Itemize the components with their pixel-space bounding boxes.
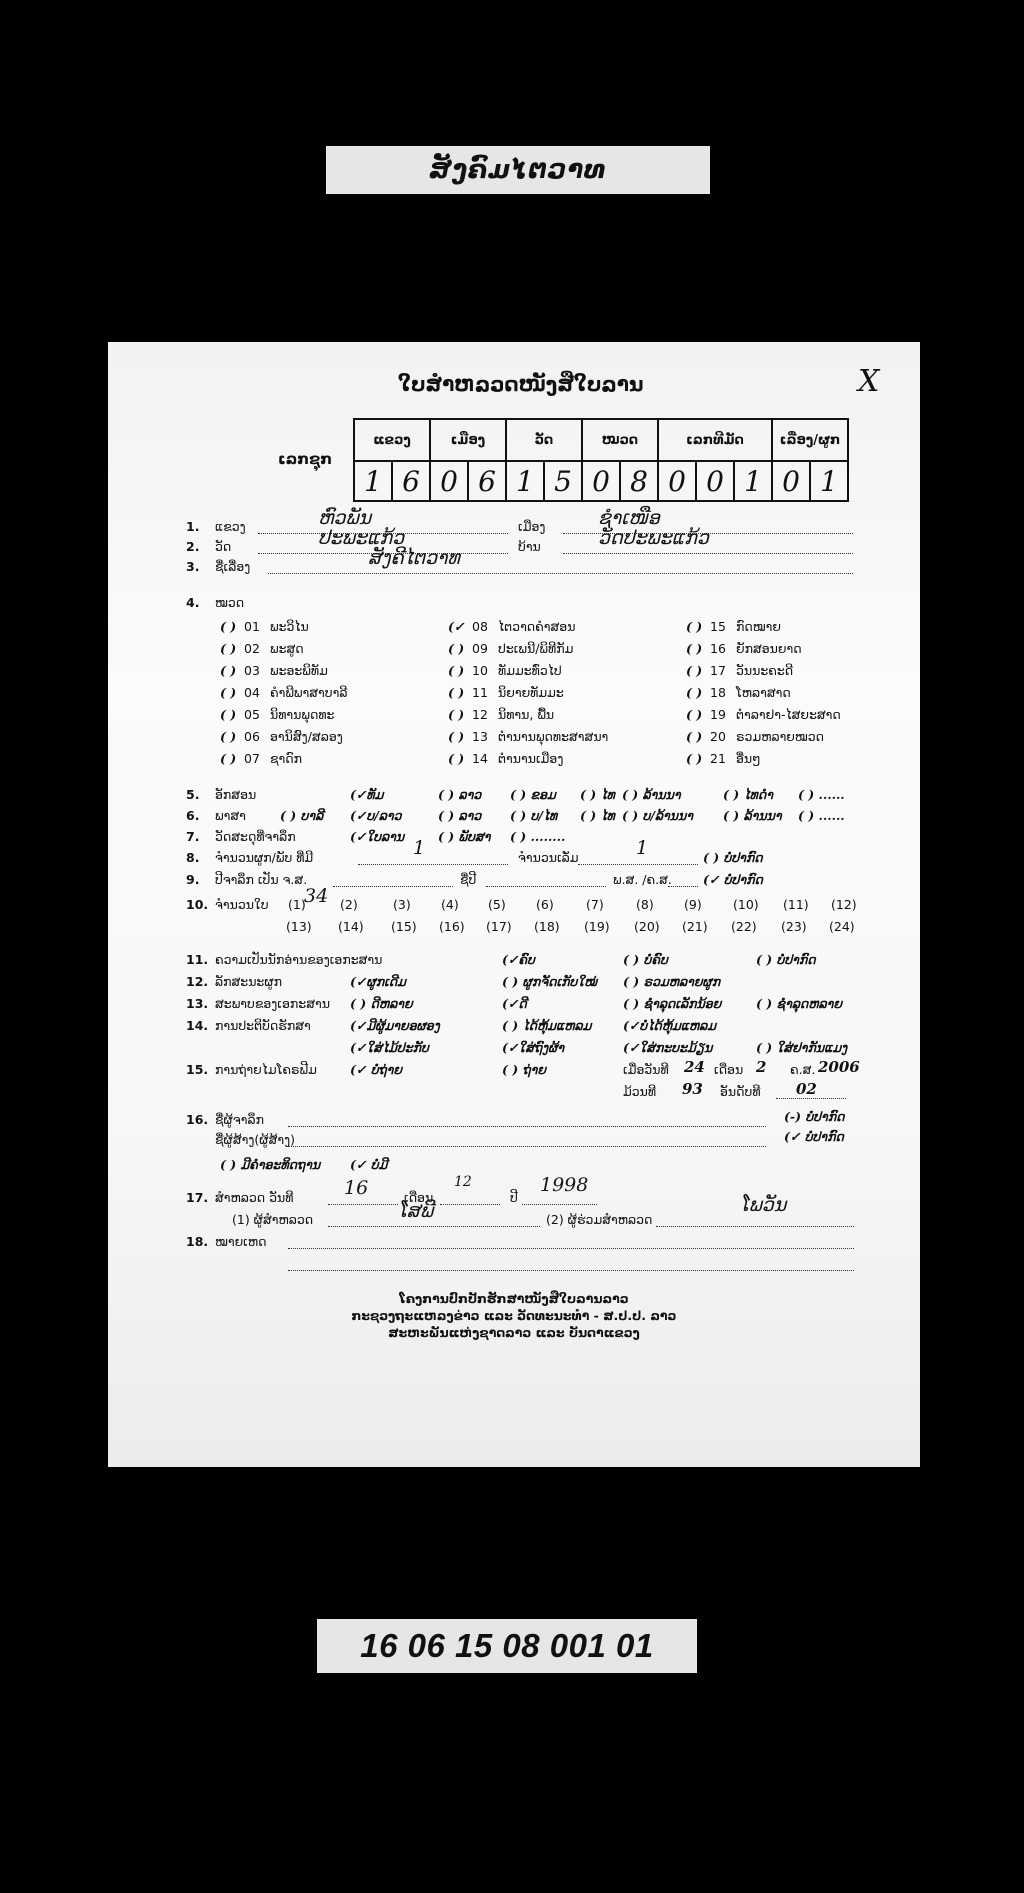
row-label: ການຖ່າຍໄມໂຄຣຟີມ bbox=[215, 1062, 317, 1077]
category-name: ປະເພນີ/ພິທີກັມ bbox=[498, 641, 573, 656]
field-label: ວັດ bbox=[215, 539, 231, 554]
option-checkbox: (✓ດີ bbox=[502, 996, 527, 1011]
option-checkbox: (✓ ບໍ່ຖ່າຍ bbox=[350, 1062, 402, 1077]
category-code: 07 bbox=[244, 751, 260, 766]
row-value: 1 bbox=[636, 837, 648, 859]
category-code: 19 bbox=[710, 707, 726, 722]
code-header-cell: ໝວດ bbox=[582, 419, 658, 461]
leaf-column: (5) bbox=[488, 897, 506, 912]
row-number: 17. bbox=[186, 1190, 208, 1205]
option-checkbox: ( ) ບໍ່ປາກົດ bbox=[756, 952, 816, 967]
code-header-cell: ແຂວງ bbox=[354, 419, 430, 461]
category-code: 08 bbox=[472, 619, 488, 634]
category-name: ອື່ນໆ bbox=[736, 751, 761, 766]
category-code: 09 bbox=[472, 641, 488, 656]
category-checkbox: ( ) bbox=[448, 685, 464, 700]
category-checkbox: ( ) bbox=[220, 663, 236, 678]
option-checkbox: ( ) ລາວ bbox=[438, 787, 481, 802]
row-label: ຄວາມເປັນນັກອ່ານຂອງເອກະສານ bbox=[215, 952, 382, 967]
leaf-column: (6) bbox=[536, 897, 554, 912]
leaf-column: (15) bbox=[391, 919, 417, 934]
row-number: 16. bbox=[186, 1112, 208, 1127]
survey-month: 12 bbox=[454, 1174, 472, 1190]
row-number: 9. bbox=[186, 872, 199, 887]
row-label: (2) ຜູ້ຮ່ວມສຳຫລວດ bbox=[546, 1212, 652, 1227]
code-digit-cell: 1 bbox=[354, 461, 392, 501]
dotted-line bbox=[288, 1146, 766, 1147]
category-name: ຕຳນານພຸດທະສາສນາ bbox=[498, 729, 608, 744]
option-checkbox: ( ) ບ/ໄທ bbox=[510, 808, 557, 823]
category-checkbox: ( ) bbox=[686, 641, 702, 656]
category-code: 16 bbox=[710, 641, 726, 656]
category-name: ນິທານ, ພື້ນ bbox=[498, 707, 554, 722]
row-label: ຊື່ຜູ້ຈາລຶກ bbox=[215, 1112, 264, 1127]
dotted-line bbox=[328, 1226, 540, 1227]
row-label: ເດືອນ bbox=[714, 1062, 743, 1077]
category-name: ກົດໝາຍ bbox=[736, 619, 781, 634]
leaf-column: (18) bbox=[534, 919, 560, 934]
row-number: 10. bbox=[186, 897, 208, 912]
row-label: ສຳຫລວດ ວັນທີ bbox=[215, 1190, 293, 1205]
co-surveyor-signature: ໂພວັນ bbox=[740, 1194, 786, 1216]
row-number: 18. bbox=[186, 1234, 208, 1249]
category-name: ວັນນະຄະດີ bbox=[736, 663, 793, 678]
category-name: ຕຳນານເມືອງ bbox=[498, 751, 563, 766]
category-name: ໄຕວາດຄຳສອນ bbox=[498, 619, 575, 634]
category-code: 20 bbox=[710, 729, 726, 744]
dotted-line bbox=[578, 864, 698, 865]
code-digit-cell: 0 bbox=[430, 461, 468, 501]
row-label: ຈຳນວນເລັ່ມ bbox=[518, 850, 579, 865]
row-label: ການປະຕິບັດຮັກສາ bbox=[215, 1018, 311, 1033]
dotted-line bbox=[288, 1126, 766, 1127]
option-checkbox: ( ) ໄທ bbox=[580, 787, 615, 802]
field-number: 3. bbox=[186, 559, 199, 574]
code-digit-cell: 6 bbox=[468, 461, 506, 501]
microfilm-day: 24 bbox=[684, 1058, 705, 1076]
row-label: ຊື່ຜູ້ສ້າງ(ຜູ້ສ້າງ) bbox=[215, 1132, 295, 1147]
leaf-column: (2) bbox=[340, 897, 358, 912]
category-checkbox: ( ) bbox=[448, 707, 464, 722]
field-label: ບ້ານ bbox=[518, 539, 541, 554]
category-code: 01 bbox=[244, 619, 260, 634]
dotted-line bbox=[328, 1204, 398, 1205]
dotted-line bbox=[288, 1270, 854, 1271]
field-value: ວັດປະພະແກ້ວ bbox=[598, 527, 709, 549]
code-digit-cell: 1 bbox=[506, 461, 544, 501]
microfilm-month: 2 bbox=[756, 1058, 766, 1076]
category-checkbox: ( ) bbox=[448, 641, 464, 656]
code-label: ເລກຊຸກ bbox=[278, 450, 332, 468]
option-checkbox: ( ) ລາວ bbox=[438, 808, 481, 823]
option-checkbox: ( ) ຜູກຈັດເກັບໃໝ່ bbox=[502, 974, 597, 989]
code-digit-cell: 8 bbox=[620, 461, 658, 501]
leaf-column: (4) bbox=[441, 897, 459, 912]
row-number: 12. bbox=[186, 974, 208, 989]
option-checkbox: (✓ ບໍ່ປາກົດ bbox=[703, 872, 763, 887]
category-code: 13 bbox=[472, 729, 488, 744]
category-code: 21 bbox=[710, 751, 726, 766]
option-checkbox: ( ) ຊຳລຸດຫລາຍ bbox=[756, 996, 842, 1011]
row-label: ໝາຍເຫດ bbox=[215, 1234, 266, 1249]
dotted-line bbox=[522, 1204, 597, 1205]
row-label: ພ.ສ. /ຄ.ສ. bbox=[613, 872, 672, 887]
option-checkbox: ( ) ໃສ່ຢາກັນແມງ bbox=[756, 1040, 847, 1055]
option-checkbox: (-) ບໍ່ປາກົດ bbox=[784, 1109, 844, 1124]
footer-line: ສະຫະພັນແຫ່ງຊາດລາວ ແລະ ບັນດາແຂວງ bbox=[108, 1324, 920, 1341]
survey-year: 1998 bbox=[540, 1174, 588, 1196]
category-code: 12 bbox=[472, 707, 488, 722]
code-table: ແຂວງເມືອງວັດໝວດເລກທີມັດເລື່ອງ/ຜູກ 160615… bbox=[353, 418, 849, 502]
row-label: (1) ຜູ້ສຳຫລວດ bbox=[232, 1212, 313, 1227]
category-name: ຄຳພີພາສາບາລີ bbox=[270, 685, 347, 700]
category-checkbox: ( ) bbox=[448, 729, 464, 744]
category-checkbox: ( ) bbox=[220, 751, 236, 766]
category-name: ຕຳລາຢາ-ໄສຍະສາດ bbox=[736, 707, 841, 722]
row-number: 11. bbox=[186, 952, 208, 967]
title-text: ສັງຄົມໄຕວາທ bbox=[430, 155, 607, 185]
field-number: 1. bbox=[186, 519, 199, 534]
category-code: 06 bbox=[244, 729, 260, 744]
dotted-line bbox=[288, 1248, 854, 1249]
option-checkbox: ( ) ມີຄຳອະທິດຖານ bbox=[220, 1157, 320, 1172]
leaf-column: (23) bbox=[781, 919, 807, 934]
dotted-line bbox=[358, 864, 508, 865]
leaf-column: (9) bbox=[684, 897, 702, 912]
option-checkbox: (✓ ບໍ່ປາກົດ bbox=[784, 1129, 844, 1144]
leaf-count-value: 34 bbox=[304, 885, 328, 907]
category-name: ອານິສົງ/ສລອງ bbox=[270, 729, 343, 744]
option-checkbox: (✓ໃສ່ກະບະມ້ຽນ bbox=[623, 1040, 712, 1055]
code-digit-cell: 0 bbox=[658, 461, 696, 501]
field-label: ແຂວງ bbox=[215, 519, 246, 534]
leaf-column: (3) bbox=[393, 897, 411, 912]
dotted-line bbox=[563, 553, 853, 554]
row-number: 7. bbox=[186, 829, 199, 844]
field-value: ສັງຄີໄຕວາທ bbox=[368, 547, 460, 569]
category-code: 02 bbox=[244, 641, 260, 656]
category-checkbox: ( ) bbox=[686, 663, 702, 678]
category-checkbox: (✓ bbox=[448, 619, 464, 634]
id-label-strip: 16 06 15 08 001 01 bbox=[317, 1619, 697, 1673]
option-checkbox: (✓ໃສ່ໄມ້ປະກັບ bbox=[350, 1040, 429, 1055]
row-number: 6. bbox=[186, 808, 199, 823]
row-label: ພາສາ bbox=[215, 808, 246, 823]
category-checkbox: ( ) bbox=[686, 685, 702, 700]
dotted-line bbox=[776, 1098, 846, 1099]
category-name: ພະວິໄນ bbox=[270, 619, 309, 634]
survey-day: 16 bbox=[344, 1177, 368, 1199]
footer-line: ໂຄງການປົກປັກຮັກສາໜັງສືໃບລານລາວ bbox=[108, 1290, 920, 1307]
field-number: 2. bbox=[186, 539, 199, 554]
leaf-column: (14) bbox=[338, 919, 364, 934]
row-label: ເມື່ອວັນທີ bbox=[623, 1062, 669, 1077]
option-checkbox: (✓ຜູກເດີມ bbox=[350, 974, 406, 989]
code-digit-cell: 1 bbox=[810, 461, 848, 501]
option-checkbox: (✓ ບໍ່ມີ bbox=[350, 1157, 387, 1172]
row-label: ອັກສອນ bbox=[215, 787, 256, 802]
leaf-column: (8) bbox=[636, 897, 654, 912]
option-checkbox: ( ) ບໍ່ປາກົດ bbox=[703, 850, 763, 865]
leaf-column: (12) bbox=[831, 897, 857, 912]
leaf-column: (24) bbox=[829, 919, 855, 934]
leaf-column: (19) bbox=[584, 919, 610, 934]
option-checkbox: (✓ມີຜູ້ມາຍອຜອງ bbox=[350, 1018, 440, 1033]
row-value: 1 bbox=[413, 837, 425, 859]
option-checkbox: ( ) ຂອມ bbox=[510, 787, 556, 802]
option-checkbox: (✓ໃບລານ bbox=[350, 829, 404, 844]
leaf-column: (22) bbox=[731, 919, 757, 934]
category-checkbox: ( ) bbox=[686, 619, 702, 634]
leaf-column: (13) bbox=[286, 919, 312, 934]
option-checkbox: ( ) ບ/ລ້ານນາ bbox=[622, 808, 693, 823]
field-value: ປະພະແກ້ວ bbox=[318, 527, 404, 549]
microfilm-frame: 02 bbox=[796, 1080, 817, 1098]
category-name: ທັມມະທົ່ວໄປ bbox=[498, 663, 562, 678]
dotted-line bbox=[440, 1204, 500, 1205]
row-label: ມ້ວນທີ bbox=[623, 1084, 656, 1099]
dotted-line bbox=[333, 886, 453, 887]
option-checkbox: ( ) ບາລີ bbox=[280, 808, 323, 823]
category-code: 04 bbox=[244, 685, 260, 700]
category-name: ນິຍາຍທັມມະ bbox=[498, 685, 564, 700]
category-code: 15 bbox=[710, 619, 726, 634]
form-title: ໃບສຳຫລວດໜັງສືໃບລານ bbox=[398, 372, 644, 396]
category-name: ພະອະພິທັມ bbox=[270, 663, 328, 678]
microfilm-roll: 93 bbox=[682, 1080, 703, 1098]
field-value: ຫົວພັນ bbox=[318, 507, 371, 529]
dotted-line bbox=[268, 573, 853, 574]
option-checkbox: ( ) ລ້ານນາ bbox=[723, 808, 782, 823]
leaf-column: (10) bbox=[733, 897, 759, 912]
code-digit-cell: 0 bbox=[772, 461, 810, 501]
code-header-cell: ເລື່ອງ/ຜູກ bbox=[772, 419, 848, 461]
option-checkbox: ( ) ພັບສາ bbox=[438, 829, 490, 844]
category-number: 4. bbox=[186, 595, 199, 610]
field-label: ຊື່ເລື່ອງ bbox=[215, 559, 250, 574]
category-label: ໝວດ bbox=[215, 595, 244, 610]
category-checkbox: ( ) bbox=[220, 729, 236, 744]
category-checkbox: ( ) bbox=[448, 663, 464, 678]
row-label: ປີຈາລຶກ ເປັນ ຈ.ສ. bbox=[215, 872, 307, 887]
option-checkbox: ( ) ...... bbox=[798, 808, 845, 823]
row-label: ອັນດັບທີ bbox=[720, 1084, 761, 1099]
microfilm-year: 2006 bbox=[818, 1058, 860, 1076]
category-name: ພະສູດ bbox=[270, 641, 304, 656]
category-code: 18 bbox=[710, 685, 726, 700]
category-name: ຊາດົກ bbox=[270, 751, 302, 766]
category-name: ຣວມຫລາຍໝວດ bbox=[736, 729, 824, 744]
dotted-line bbox=[668, 886, 698, 887]
code-digit-cell: 0 bbox=[582, 461, 620, 501]
category-checkbox: ( ) bbox=[686, 751, 702, 766]
code-digit-cell: 6 bbox=[392, 461, 430, 501]
corner-mark: X bbox=[858, 364, 879, 399]
category-code: 14 bbox=[472, 751, 488, 766]
dotted-line bbox=[656, 1226, 854, 1227]
category-checkbox: ( ) bbox=[220, 707, 236, 722]
category-checkbox: ( ) bbox=[220, 685, 236, 700]
option-checkbox: ( ) ...... bbox=[798, 787, 845, 802]
option-checkbox: ( ) ບໍ່ຄົບ bbox=[623, 952, 668, 967]
row-number: 13. bbox=[186, 996, 208, 1011]
survey-form-sheet: ໃບສຳຫລວດໜັງສືໃບລານ X ເລກຊຸກ ແຂວງເມືອງວັດ… bbox=[108, 342, 920, 1467]
id-text: 16 06 15 08 001 01 bbox=[360, 1627, 653, 1665]
option-checkbox: (✓ບໍ່ໄດ້ຫຸ້ມແຫລມ bbox=[623, 1018, 716, 1033]
category-checkbox: ( ) bbox=[220, 641, 236, 656]
option-checkbox: (✓ຄົບ bbox=[502, 952, 535, 967]
row-number: 8. bbox=[186, 850, 199, 865]
category-name: ຍັກສອນຍາດ bbox=[736, 641, 802, 656]
code-digit-cell: 5 bbox=[544, 461, 582, 501]
option-checkbox: ( ) ໄດ້ຫຸ້ມແຫລມ bbox=[502, 1018, 591, 1033]
option-checkbox: ( ) ດີຫລາຍ bbox=[350, 996, 413, 1011]
leaf-column: (7) bbox=[586, 897, 604, 912]
row-label: ສະພາບຂອງເອກະສານ bbox=[215, 996, 330, 1011]
field-value: ຊຳເໜືອ bbox=[598, 507, 660, 529]
leaf-column: (16) bbox=[439, 919, 465, 934]
code-header-cell: ວັດ bbox=[506, 419, 582, 461]
category-checkbox: ( ) bbox=[686, 707, 702, 722]
row-number: 5. bbox=[186, 787, 199, 802]
code-digit-cell: 0 bbox=[696, 461, 734, 501]
dotted-line bbox=[486, 886, 606, 887]
category-code: 17 bbox=[710, 663, 726, 678]
category-name: ໂຫລາສາດ bbox=[736, 685, 791, 700]
form-footer: ໂຄງການປົກປັກຮັກສາໜັງສືໃບລານລາວ ກະຊວງຖະແຫ… bbox=[108, 1290, 920, 1341]
row-number: 15. bbox=[186, 1062, 208, 1077]
leaf-column: (20) bbox=[634, 919, 660, 934]
category-checkbox: ( ) bbox=[686, 729, 702, 744]
option-checkbox: ( ) ໄທ bbox=[580, 808, 615, 823]
code-header-cell: ເມືອງ bbox=[430, 419, 506, 461]
code-digit-cell: 1 bbox=[734, 461, 772, 501]
surveyor-signature: ໂສພີ bbox=[398, 1200, 433, 1222]
row-label: ຈຳນວນໃບ bbox=[215, 897, 269, 912]
leaf-column: (21) bbox=[682, 919, 708, 934]
option-checkbox: ( ) ........ bbox=[510, 829, 565, 844]
footer-line: ກະຊວງຖະແຫລງຂ່າວ ແລະ ວັດທະນະທຳ - ສ.ປ.ປ. ລ… bbox=[108, 1307, 920, 1324]
category-code: 10 bbox=[472, 663, 488, 678]
title-label-strip: ສັງຄົມໄຕວາທ bbox=[326, 146, 710, 194]
category-code: 03 bbox=[244, 663, 260, 678]
leaf-column: (11) bbox=[783, 897, 809, 912]
option-checkbox: (✓ທັມ bbox=[350, 787, 383, 802]
code-header-cell: ເລກທີມັດ bbox=[658, 419, 772, 461]
option-checkbox: ( ) ລ້ານນາ bbox=[622, 787, 681, 802]
option-checkbox: ( ) ໄທດຳ bbox=[723, 787, 773, 802]
category-name: ນິທານພຸດທະ bbox=[270, 707, 334, 722]
category-code: 11 bbox=[472, 685, 488, 700]
category-checkbox: ( ) bbox=[448, 751, 464, 766]
row-label: ປີ bbox=[510, 1190, 518, 1205]
row-number: 14. bbox=[186, 1018, 208, 1033]
row-label: ຊື່ປີ bbox=[460, 872, 476, 887]
option-checkbox: (✓ໃສ່ຖົງຜ້າ bbox=[502, 1040, 564, 1055]
option-checkbox: ( ) ຖ່າຍ bbox=[502, 1062, 546, 1077]
option-checkbox: (✓ບ/ລາວ bbox=[350, 808, 402, 823]
row-label: ຄ.ສ. bbox=[790, 1062, 815, 1077]
option-checkbox: ( ) ຣວມຫລາຍຜູກ bbox=[623, 974, 720, 989]
row-label: ລັກສະນະຜູກ bbox=[215, 974, 282, 989]
row-label: ຈຳນວນຜູກ/ພັບ ທີ່ມີ bbox=[215, 850, 313, 865]
category-code: 05 bbox=[244, 707, 260, 722]
leaf-column: (17) bbox=[486, 919, 512, 934]
row-label: ວັດສະດຸທີ່ຈາລຶກ bbox=[215, 829, 296, 844]
option-checkbox: ( ) ຊຳລຸດເລັກນ້ອຍ bbox=[623, 996, 721, 1011]
field-label: ເມືອງ bbox=[518, 519, 545, 534]
category-checkbox: ( ) bbox=[220, 619, 236, 634]
